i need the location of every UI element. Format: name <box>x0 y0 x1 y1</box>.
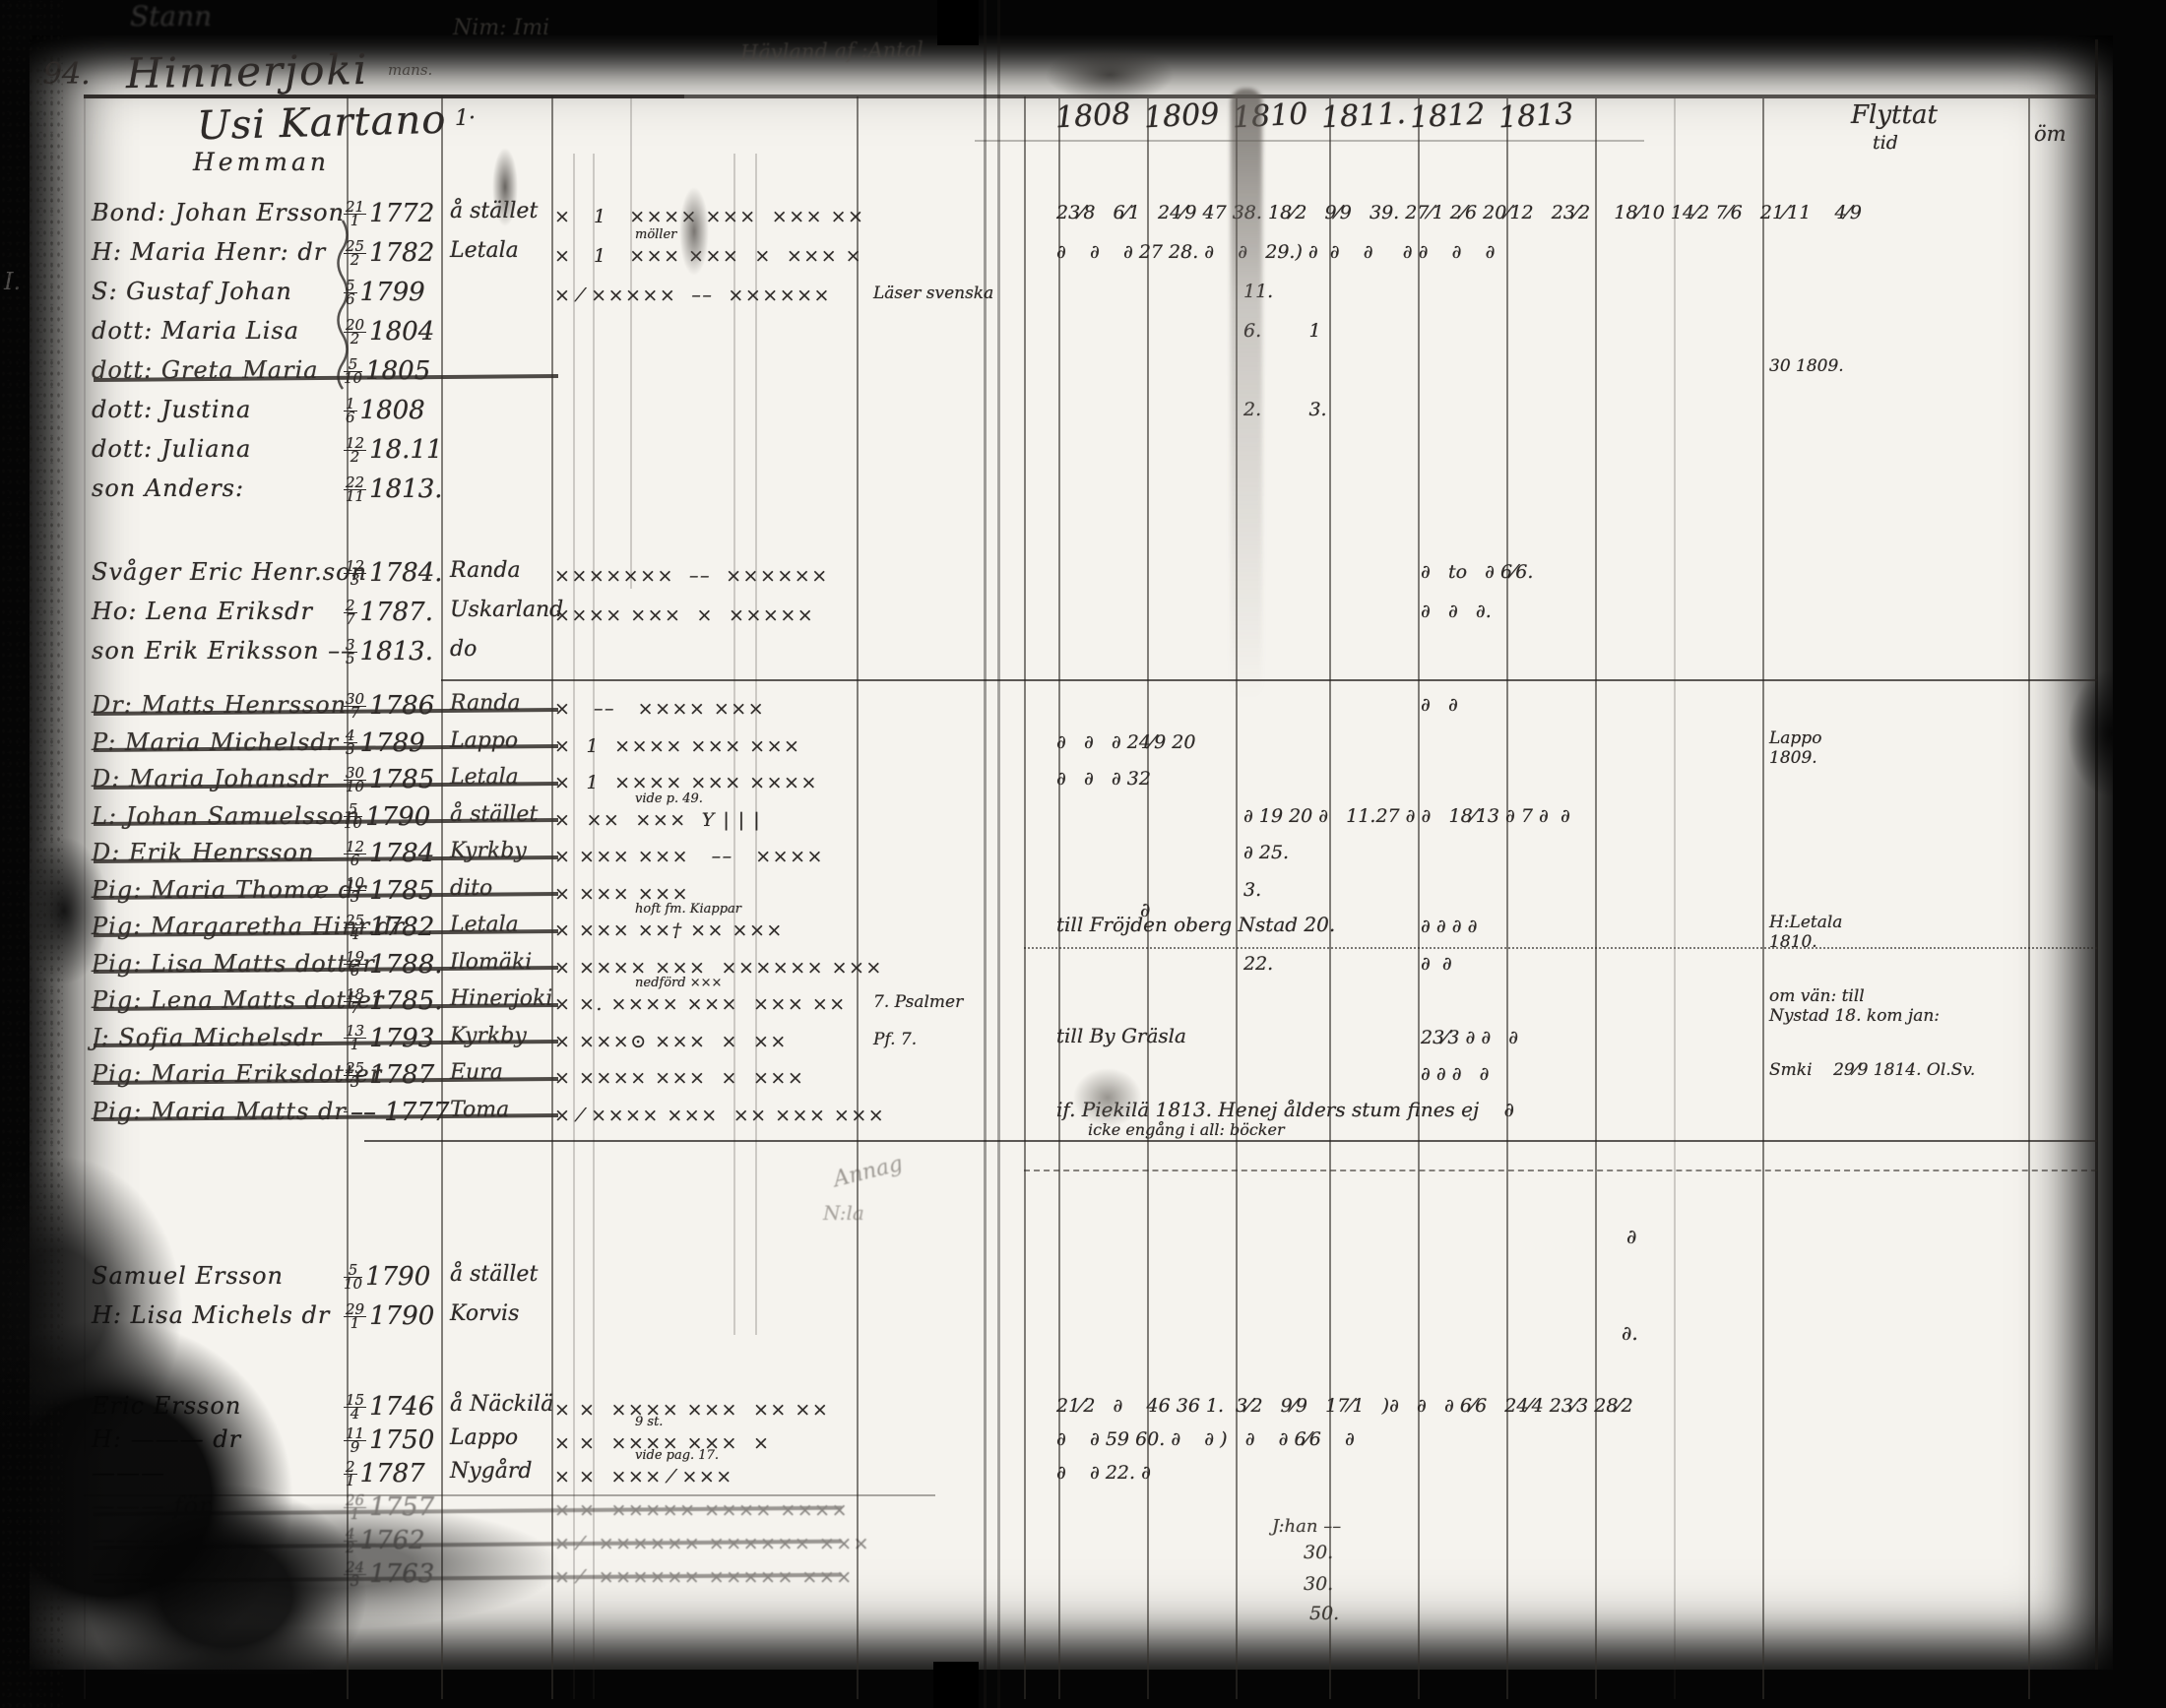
birthplace: Kyrkby <box>450 1024 527 1048</box>
communion-marks-1808: 21⁄2 ∂ 46 36 1. 3⁄2 9⁄9 17⁄1 )∂ ∂ ∂ 6⁄6 … <box>1056 1395 1633 1417</box>
communion-marks-1812: ∂ ∂ ∂ ∂ <box>1421 1063 1490 1085</box>
clerk-note: Läser svenska <box>873 284 993 303</box>
pencil-scribble: N:la <box>823 1201 864 1225</box>
birth-year: 1788. <box>369 950 442 980</box>
mans-annotation: mans. <box>388 61 432 79</box>
birth-year: 1799 <box>360 278 425 307</box>
date-fraction: 126 <box>344 841 366 867</box>
birth-year: 1785. <box>369 986 442 1016</box>
record-row: H: Maria Henr: dr 2521782 Letala × 1 ×××… <box>84 236 2094 276</box>
date-fraction: 35 <box>344 639 357 665</box>
reading-marks: × ××× ××× –– ×××× <box>554 846 824 867</box>
record-row: Pig: Maria Thomæ dr 1031785 dito × ××× ×… <box>84 874 2094 912</box>
record-row: Pig: Maria Eriksdotter 2531787 Eura × ××… <box>84 1058 2094 1096</box>
reading-marks: × ×××⊙ ××× × ×× <box>554 1031 788 1052</box>
birth-date: 1031785 <box>344 876 434 906</box>
date-fraction: 42 <box>344 1528 357 1554</box>
birth-date: 22111813. <box>344 474 443 504</box>
birth-year: 1805 <box>365 356 430 386</box>
person-name: Bond: Johan Ersson <box>92 199 345 226</box>
date-fraction: 122 <box>344 437 366 464</box>
birth-date: 1961788. <box>344 950 443 980</box>
birth-date: 2611757 <box>344 1492 434 1522</box>
birthplace: Toma <box>450 1098 509 1122</box>
birth-year: 1787. <box>360 598 433 627</box>
birthplace: Nygård <box>450 1459 532 1484</box>
fold-line <box>997 0 1000 1708</box>
date-fraction: 16 <box>344 398 357 424</box>
date-fraction: 196 <box>344 951 366 978</box>
title-underline <box>84 95 684 98</box>
birthplace: Randa <box>450 691 521 716</box>
date-fraction: 154 <box>344 1394 366 1421</box>
person-name: L: Johan Samuelsson <box>92 802 360 830</box>
reading-marks: ××××××× –– ×××××× <box>554 565 829 587</box>
marks-annotation: möller <box>635 227 676 242</box>
birth-year: 1813. <box>369 474 442 504</box>
reading-marks: × ×××× ××× × ××× <box>554 1067 804 1089</box>
date-fraction: 123 <box>344 560 366 587</box>
person-name: H: ——— dr <box>92 1425 241 1453</box>
person-name: Pig: Lena Matts dotter <box>92 986 384 1014</box>
person-name: dott: Greta Maria <box>92 356 319 384</box>
ditto-mark: ∂ <box>1140 898 1150 921</box>
birth-year: 1808 <box>360 396 425 425</box>
year-column-headers: 1808 1809 1810 1811. 1812 1813 <box>1055 98 1587 133</box>
birth-date: 1541746 <box>344 1392 434 1422</box>
birth-date: 351813. <box>344 637 433 666</box>
record-row: Samuel Ersson 5101790 å stället <box>84 1260 2094 1299</box>
record-row: Pig: Lena Matts dotter 1871785. Hinerjok… <box>84 984 2094 1022</box>
birthplace: Lappo <box>450 728 518 753</box>
record-row: Pig: Lisa Matts dotter 1961788. Ilomäki … <box>84 948 2094 985</box>
moved-margin-note: Lappo <box>1769 728 1821 748</box>
reading-marks: × 1 ××× ××× × ××× × <box>554 245 862 267</box>
birthplace: Letala <box>450 913 519 937</box>
record-row: dott: Maria Lisa 2021804 6. 1 <box>84 315 2094 354</box>
birthplace: Hinerjoki <box>450 986 552 1011</box>
clerk-note: 7. Psalmer <box>873 992 963 1012</box>
birthplace: Korvis <box>450 1301 519 1326</box>
person-name: Samuel Ersson <box>92 1262 284 1290</box>
reading-marks: × × ×××× ××× ×× ×× <box>554 1399 829 1421</box>
birth-date: 161808 <box>344 396 425 425</box>
year-header: 1808 <box>1054 96 1145 136</box>
birth-year: 1772 <box>369 199 434 228</box>
page-number: 94. <box>43 57 91 92</box>
person-name: Ho: Lena Eriksdr <box>92 598 313 625</box>
margin-mark: I. <box>4 268 21 295</box>
record-row: H: ——— dr 1191750 Lappo × × ×××× ××× × 9… <box>84 1423 2094 1457</box>
person-name: dott: Justina <box>92 396 251 423</box>
communion-marks-1812: ∂ ∂ <box>1421 694 1458 716</box>
birthplace: Uskarland <box>450 598 563 622</box>
marks-annotation: hoft fm. Kiappar <box>635 902 741 917</box>
record-row: D: Erik Henrsson 1261784 Kyrkby × ××× ××… <box>84 837 2094 874</box>
date-fraction: 253 <box>344 1062 366 1089</box>
birth-date: 2521782 <box>344 238 434 268</box>
communion-marks-1810: 2. 3. <box>1243 399 1327 420</box>
relatives-record-group: Svåger Eric Henr.son 1231784. Randa ××××… <box>84 556 2094 674</box>
birth-year: 1763 <box>369 1559 434 1589</box>
person-name: D: Erik Henrsson <box>92 839 314 866</box>
moved-margin-note: om vän: till <box>1769 986 1865 1006</box>
ditto-mark: ∂. <box>1622 1321 1638 1345</box>
birth-year: 1793 <box>369 1024 434 1053</box>
record-row: dott: Greta Maria 5101805 30 1809. <box>84 354 2094 394</box>
birth-year: 1762 <box>360 1526 425 1555</box>
birth-date: 5101790 <box>344 802 430 832</box>
year-header: 1809 <box>1143 96 1234 136</box>
person-name: ——— <box>92 1559 165 1587</box>
communion-marks-1810: 22. <box>1243 953 1273 975</box>
date-fraction <box>344 1111 348 1112</box>
record-row: Eric Ersson 1541746 å Näckilä × × ×××× ×… <box>84 1390 2094 1423</box>
birth-date: 1311793 <box>344 1024 434 1053</box>
birth-date: 2531787 <box>344 1060 434 1090</box>
birthplace: Letala <box>450 765 519 790</box>
ruled-line <box>441 679 2097 681</box>
ruled-line <box>364 1140 2097 1142</box>
communion-marks-1808: 23⁄8 6⁄1 24⁄9 47 38. 18⁄2 9⁄9 39. 27⁄1 2… <box>1056 202 1862 223</box>
farm-name: Usi Kartano <box>196 97 446 150</box>
reading-marks: × ×× ××× Y | | | <box>554 809 761 831</box>
date-fraction: 261 <box>344 1494 366 1521</box>
lodgers-record-group: Samuel Ersson 5101790 å stället H: Lisa … <box>84 1260 2094 1339</box>
record-row: P: Maria Michelsdr 431789 Lappo × 1 ××××… <box>84 727 2094 764</box>
record-row: Pig: Maria Matts dr –– 1777 Toma × ⁄ ×××… <box>84 1096 2094 1133</box>
birth-date: 1261784 <box>344 839 434 868</box>
birth-date: 1191750 <box>344 1425 434 1455</box>
birth-date: 561799 <box>344 278 425 307</box>
birth-year: 1790 <box>369 1301 434 1331</box>
birth-date: 2911790 <box>344 1301 434 1331</box>
communion-marks-1808: ∂ ∂ 22. ∂ <box>1056 1462 1151 1484</box>
year-header: 1813 <box>1497 96 1588 136</box>
person-name: Pig: Lisa Matts dotter <box>92 950 375 978</box>
communion-marks-1808: ∂ ∂ 59 60. ∂ ∂ ) ∂ ∂ 6⁄6 ∂ <box>1056 1428 1355 1450</box>
communion-marks-1812: 23⁄3 ∂ ∂ ∂ <box>1421 1027 1518 1048</box>
margin-scribble: J:han –– <box>1272 1516 1341 1537</box>
long-note: if. Piekilä 1813. Henej ålders stum fine… <box>1056 1098 1514 1121</box>
communion-marks-1810: 3. <box>1243 879 1261 901</box>
date-fraction: 131 <box>344 1025 366 1051</box>
date-fraction: 3010 <box>344 767 366 793</box>
person-name: H: Maria Henr: dr <box>92 238 326 266</box>
record-row: J: Sofia Michelsdr 1311793 Kyrkby × ×××⊙… <box>84 1022 2094 1059</box>
birth-year: 1750 <box>369 1425 434 1455</box>
person-name: P: Maria Michelsdr <box>92 728 339 756</box>
person-name: Pig: Maria Thomæ dr <box>92 876 367 904</box>
reading-marks: × ⁄ ×××××× ××××× ××× <box>554 1566 854 1588</box>
servants-record-group: Dr: Matts Henrsson 3071786 Randa × –– ××… <box>84 689 2094 1132</box>
record-row: dott: Justina 161808 2. 3. <box>84 394 2094 433</box>
birthplace: å stället <box>450 1262 538 1287</box>
ruled-line <box>975 140 1644 142</box>
date-fraction: 43 <box>344 729 357 756</box>
reading-marks: × 1 ×××× ××× ××× <box>554 735 800 757</box>
birth-year: 1787 <box>360 1459 425 1488</box>
birth-year: 1784. <box>369 558 442 588</box>
birthplace: Eura <box>450 1060 503 1085</box>
communion-marks-1808: ∂ ∂ ∂ 32 <box>1056 768 1151 790</box>
communion-marks-1812: ∂ ∂ <box>1421 953 1452 975</box>
birthplace: Lappo <box>450 1425 518 1450</box>
date-fraction: 103 <box>344 877 366 904</box>
person-name: dott: Maria Lisa <box>92 317 299 345</box>
person-name: J: Sofia Michelsdr <box>92 1024 322 1051</box>
birthplace: Randa <box>450 558 521 583</box>
bottom-record-group: Eric Ersson 1541746 å Näckilä × × ×××× ×… <box>84 1390 2094 1591</box>
margin-number: 30. <box>1304 1573 1333 1595</box>
marks-annotation: vide pag. 17. <box>635 1448 719 1463</box>
birth-date: 1231784. <box>344 558 443 588</box>
record-row: son Anders: 22111813. <box>84 473 2094 512</box>
reading-marks: × 1 ×××× ××× ××× ×× <box>554 206 864 227</box>
reading-marks: × ××× ××† ×× ××× <box>554 919 784 941</box>
person-name: Pig: Maria Eriksdotter <box>92 1060 382 1088</box>
family-record-group: Bond: Johan Ersson 2111772 å stället × 1… <box>84 197 2094 512</box>
birth-date: 3071786 <box>344 691 434 721</box>
person-name: dott: Juliana <box>92 435 251 463</box>
birth-date: 1871785. <box>344 986 443 1016</box>
reading-marks: × × ××× ⁄ ××× <box>554 1466 733 1487</box>
long-note-line2: icke engång i all: böcker <box>1088 1120 1285 1139</box>
communion-marks-1808: ∂ ∂ ∂ 24⁄9 20 <box>1056 731 1195 753</box>
year-header: 1811. <box>1320 96 1411 136</box>
topbar-scribble: Stann <box>130 0 212 32</box>
birthplace: Letala <box>450 238 519 263</box>
birth-year: 1804 <box>369 317 434 347</box>
communion-marks-1810: 11. <box>1243 281 1273 302</box>
birthplace: å stället <box>450 199 538 223</box>
communion-marks-1812: ∂ ∂ ∂. <box>1421 601 1492 622</box>
farm-mark: 1· <box>455 106 476 131</box>
date-fraction: 243 <box>344 1561 366 1588</box>
moved-column-header: Flyttat <box>1851 100 1938 130</box>
fold-line <box>984 0 987 1708</box>
date-fraction: 510 <box>344 803 362 830</box>
birth-date: 5101790 <box>344 1262 430 1292</box>
birth-year: 1790 <box>365 802 430 832</box>
date-fraction: 119 <box>344 1427 366 1454</box>
birth-year: 1746 <box>369 1392 434 1422</box>
faint-scribble: Hävland af :Antal <box>740 37 924 64</box>
binding-slit-bottom <box>933 1662 979 1708</box>
farm-type-label: Hemman <box>193 148 330 176</box>
moved-om-subheader: öm <box>2034 122 2067 146</box>
birth-year: 1785 <box>369 765 434 794</box>
reading-marks: × × ××××× ×××× ×××× <box>554 1499 849 1521</box>
long-note: till Fröjden oberg Nstad 20. <box>1056 913 1335 936</box>
reading-marks: ×××× ××× × ××××× <box>554 604 814 626</box>
record-row: L: Johan Samuelsson 5101790 å stället × … <box>84 800 2094 838</box>
birth-date: 5101805 <box>344 356 430 386</box>
birth-date: 2431763 <box>344 1559 434 1589</box>
communion-marks-1808: ∂ ∂ ∂ 27 28. ∂ ∂ 29.) ∂ ∂ ∂ ∂ ∂ ∂ ∂ <box>1056 241 1495 263</box>
record-row: son Erik Eriksson –– 351813. do <box>84 635 2094 674</box>
birth-date: 12218.11 <box>344 435 443 465</box>
long-note: till By Gräsla <box>1056 1024 1186 1047</box>
record-row: Ho: Lena Eriksdr 271787. Uskarland ×××× … <box>84 596 2094 635</box>
birthplace: å Näckilä <box>450 1392 553 1417</box>
reading-marks: × –– ×××× ××× <box>554 698 765 720</box>
reading-marks: × ⁄ ×××× ××× ×× ××× ××× <box>554 1105 885 1126</box>
birth-date: 211787 <box>344 1459 425 1488</box>
record-row: S: Gustaf Johan 561799 × ⁄ ××××× –– ××××… <box>84 276 2094 315</box>
moved-time-subheader: tid <box>1873 132 1898 154</box>
moved-margin-note: Smki 29⁄9 1814. Ol.Sv. <box>1769 1060 1975 1080</box>
record-row: D: Maria Johansdr 30101785 Letala × 1 ××… <box>84 763 2094 800</box>
birthplace: dito <box>450 876 492 901</box>
communion-marks-1812: ∂ to ∂ 6⁄6. <box>1421 561 1533 583</box>
reading-marks: × ⁄ ××××× –– ×××××× <box>554 285 831 306</box>
year-header: 1812 <box>1409 96 1499 136</box>
birth-date: 2021804 <box>344 317 434 347</box>
birth-year: 1785 <box>369 876 434 906</box>
moved-margin-note: 30 1809. <box>1769 356 1844 376</box>
birth-date: 271787. <box>344 598 433 627</box>
moved-margin-note: H:Letala <box>1769 913 1842 932</box>
page-edge-line <box>2095 39 2098 1670</box>
record-row: ——— 2431763 × ⁄ ×××××× ××××× ××× <box>84 1557 2094 1591</box>
birth-year: 18.11 <box>369 435 442 465</box>
date-fraction: 27 <box>344 600 357 626</box>
birthplace: å stället <box>450 802 538 827</box>
record-row: Svåger Eric Henr.son 1231784. Randa ××××… <box>84 556 2094 596</box>
communion-marks-1810: ∂ 25. <box>1243 842 1289 863</box>
marks-annotation: nedförd ××× <box>635 976 722 990</box>
scanned-register-page: 94. Hinnerjoki Usi Kartano 1· Hemman 180… <box>0 0 2166 1708</box>
person-name: Eric Ersson <box>92 1392 241 1420</box>
marks-annotation: 9 st. <box>635 1415 663 1429</box>
person-name: Dr: Matts Henrsson <box>92 691 347 719</box>
record-row: ——— 211787 Nygård × × ××× ⁄ ××× vide pag… <box>84 1457 2094 1490</box>
date-fraction: 187 <box>344 988 366 1015</box>
brace-squiggle <box>333 219 352 391</box>
marks-annotation: vide p. 49. <box>635 791 703 806</box>
birth-date: 2541782 <box>344 913 434 942</box>
communion-marks-1812: ∂ ∂ ∂ ∂ <box>1421 916 1477 937</box>
parish-title: Hinnerjoki <box>126 45 369 97</box>
record-row: dott: Juliana 12218.11 <box>84 433 2094 473</box>
birth-year: 1813. <box>360 637 433 666</box>
ruled-line <box>1024 1170 2097 1173</box>
date-fraction: 21 <box>344 1461 357 1487</box>
binding-slit-top <box>937 0 979 45</box>
birth-date: 2111772 <box>344 199 434 228</box>
communion-marks-1810: ∂ 19 20 ∂ 11.27 ∂ ∂ 18⁄13 ∂ 7 ∂ ∂ <box>1243 805 1570 827</box>
birth-date: 30101785 <box>344 765 434 794</box>
ditto-mark: ∂ <box>1626 1225 1636 1248</box>
birthplace: Ilomäki <box>450 950 532 975</box>
birth-year: 1784 <box>369 839 434 868</box>
date-fraction: 510 <box>344 1264 362 1291</box>
person-name: H: Lisa Michels dr <box>92 1301 330 1329</box>
birthplace: Kyrkby <box>450 839 527 863</box>
birth-year: 1790 <box>365 1262 430 1292</box>
person-name: ——— <box>92 1526 165 1553</box>
birth-date: –– 1777 <box>344 1098 449 1127</box>
record-row: Pig: Margaretha Hinr.dr 2541782 Letala ×… <box>84 911 2094 948</box>
margin-number: 50. <box>1309 1603 1339 1624</box>
communion-marks-1810: 6. 1 <box>1243 320 1321 342</box>
record-row: H: Lisa Michels dr 2911790 Korvis <box>84 1299 2094 1339</box>
date-fraction: 291 <box>344 1303 366 1330</box>
birth-year: 1786 <box>369 691 434 721</box>
person-name: S: Gustaf Johan <box>92 278 292 305</box>
margin-number: 30. <box>1304 1542 1333 1563</box>
faint-scribble: Nim: Imi <box>453 16 549 40</box>
date-fraction: 254 <box>344 915 366 941</box>
birth-year: 1782 <box>369 913 434 942</box>
record-row: Dr: Matts Henrsson 3071786 Randa × –– ××… <box>84 689 2094 727</box>
birth-year: –– 1777 <box>350 1098 449 1127</box>
person-name: son Erik Eriksson –– <box>92 637 353 664</box>
birth-year: 1787 <box>369 1060 434 1090</box>
record-row: ——— för 2611757 × × ××××× ×××× ×××× <box>84 1490 2094 1524</box>
birth-year: 1757 <box>369 1492 434 1522</box>
person-name: Svåger Eric Henr.son <box>92 558 367 586</box>
record-row: ——— 421762 × ⁄ ×××××× ×××××× ××× <box>84 1524 2094 1557</box>
person-name: Pig: Maria Matts dr <box>92 1098 347 1125</box>
person-name: ——— för <box>92 1492 211 1520</box>
date-fraction: 2211 <box>344 476 366 503</box>
birth-year: 1782 <box>369 238 434 268</box>
record-row: Bond: Johan Ersson 2111772 å stället × 1… <box>84 197 2094 236</box>
birth-year: 1789 <box>360 728 425 758</box>
year-header: 1810 <box>1232 96 1322 136</box>
person-name: son Anders: <box>92 474 244 502</box>
reading-marks: × ×. ×××× ××× ××× ×× <box>554 993 847 1015</box>
clerk-note: Pf. 7. <box>873 1030 917 1049</box>
person-name: D: Maria Johansdr <box>92 765 328 792</box>
date-fraction: 307 <box>344 693 366 720</box>
birth-date: 421762 <box>344 1526 425 1555</box>
birthplace: do <box>450 637 477 662</box>
reading-marks: × ⁄ ×××××× ×××××× ××× <box>554 1533 870 1554</box>
birth-date: 431789 <box>344 728 425 758</box>
person-name: ——— <box>92 1459 165 1487</box>
